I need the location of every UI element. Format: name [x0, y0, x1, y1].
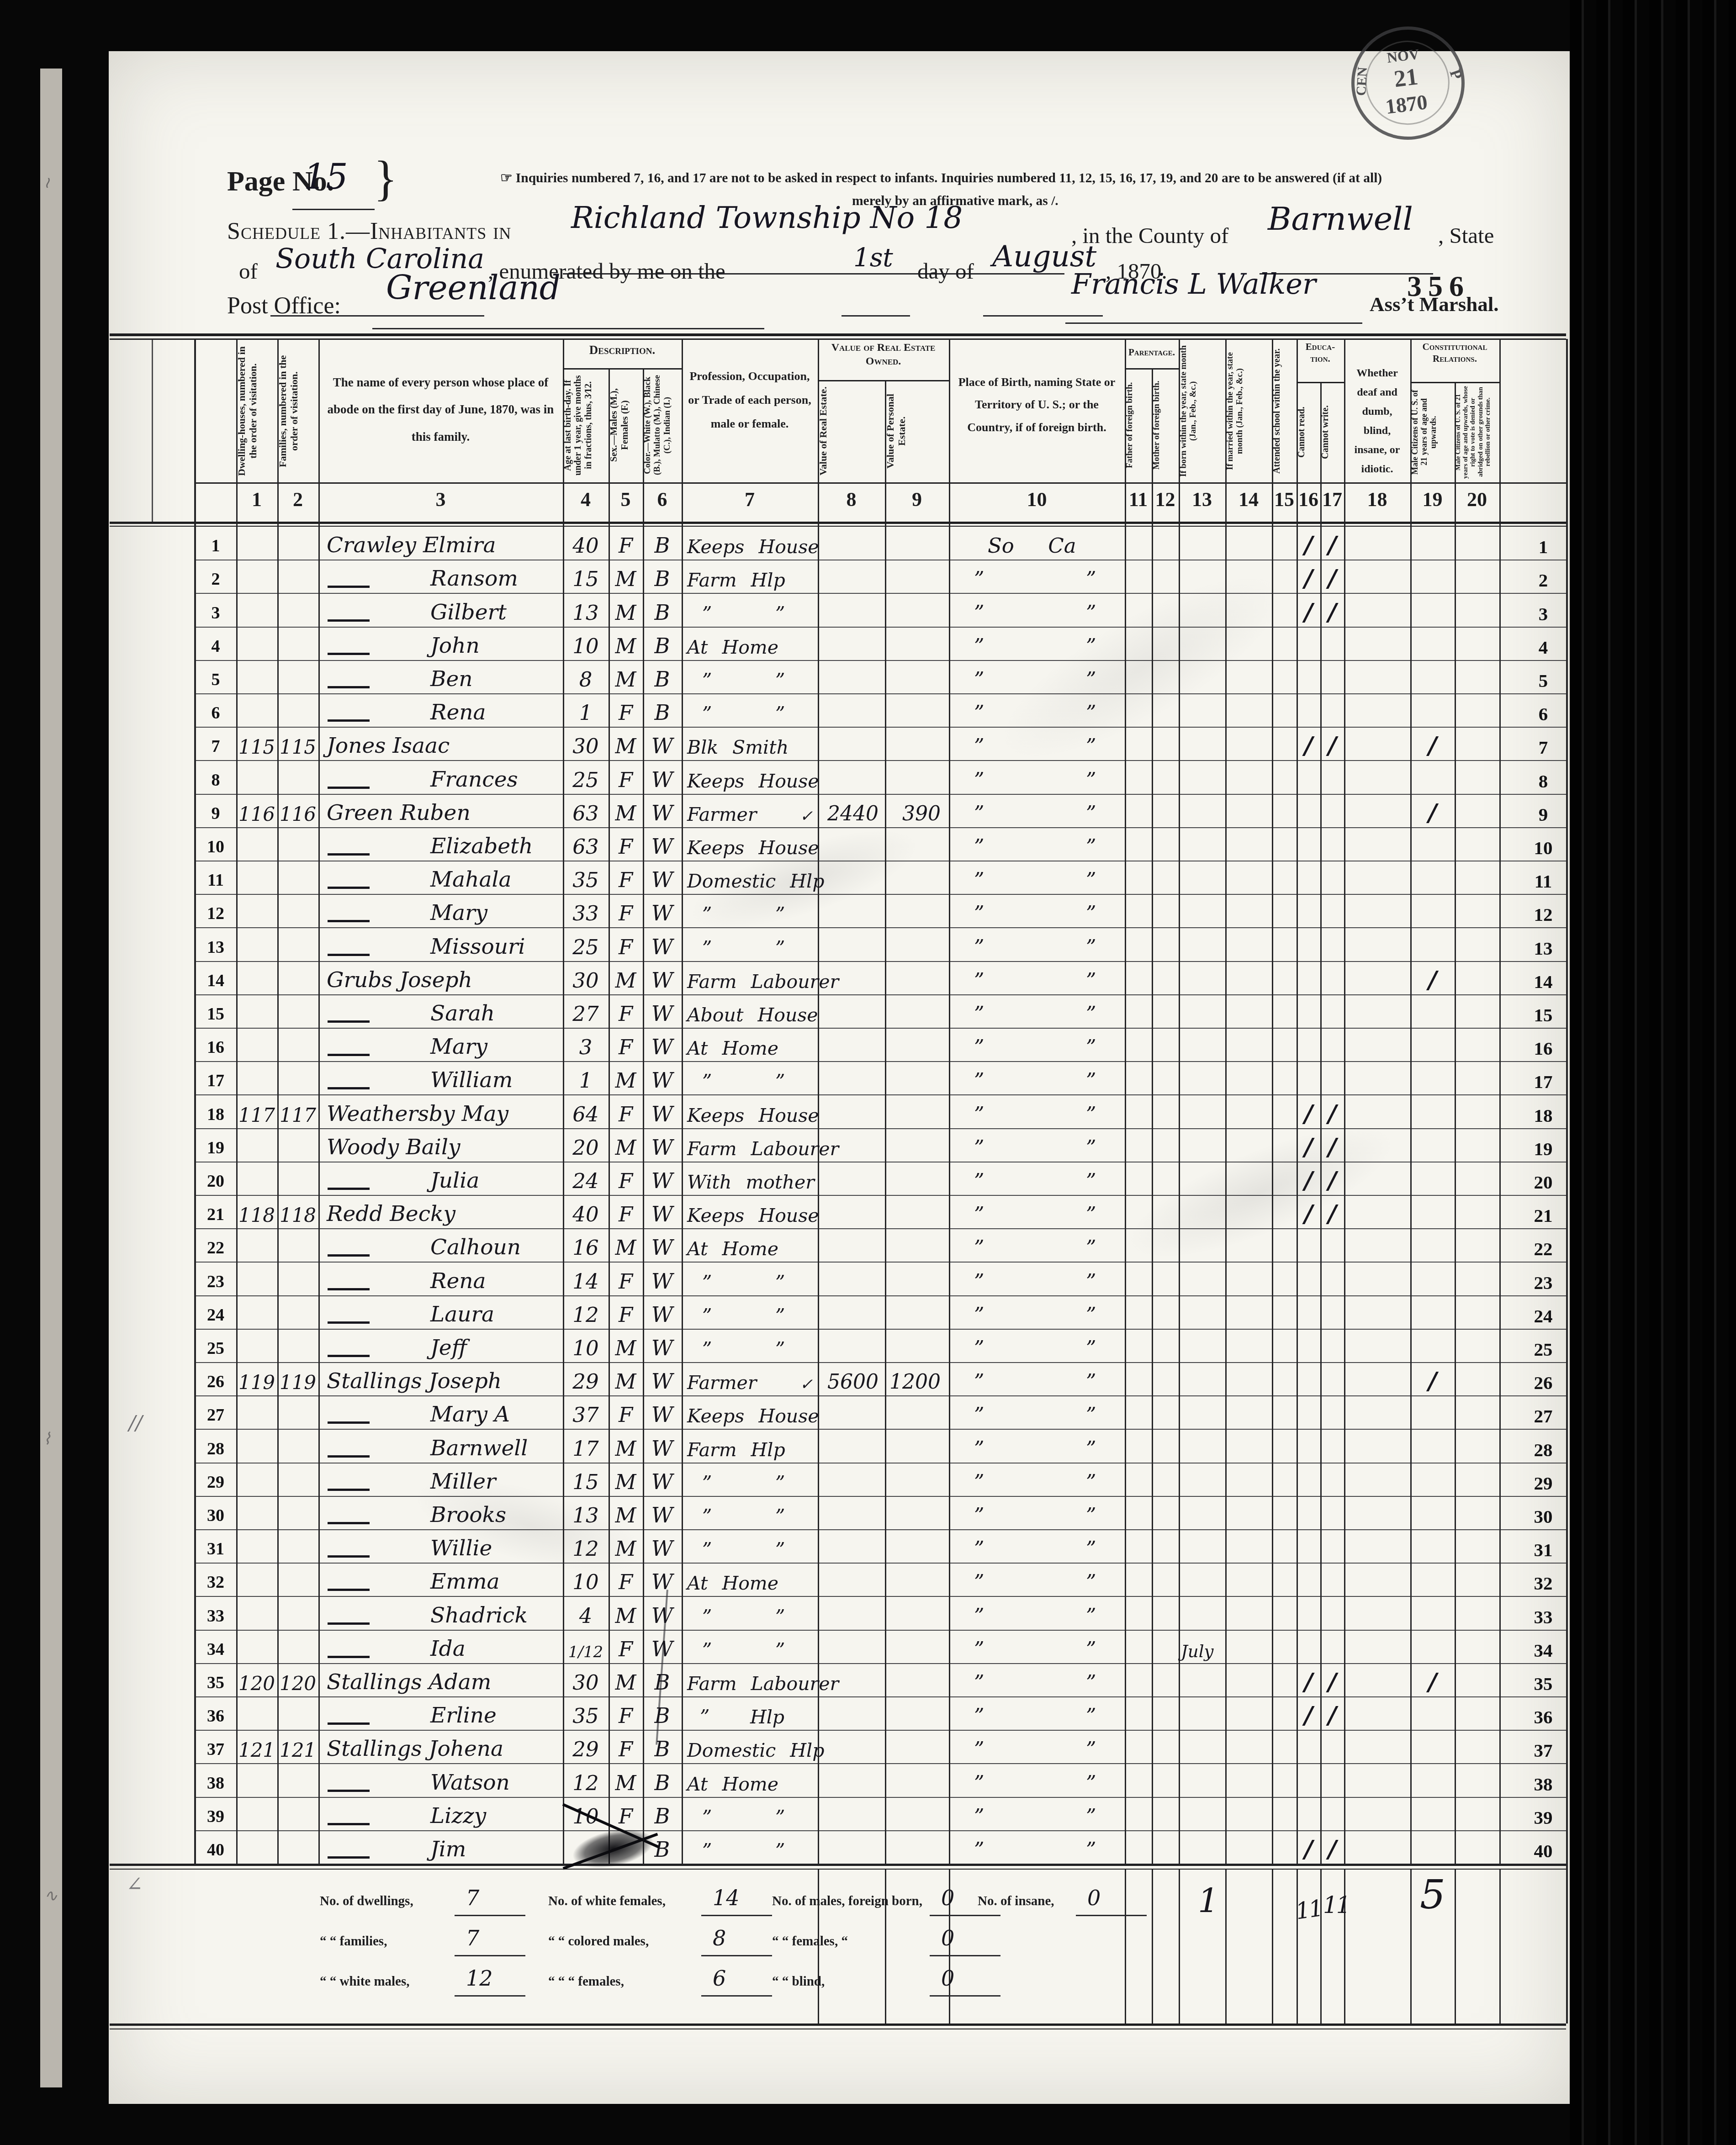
row-35-cannot-read-tick: /	[1298, 1668, 1318, 1696]
row-10-occupation: Keeps House	[687, 831, 815, 859]
row-10-name: Elizabeth	[430, 831, 558, 859]
row-26-real-estate: 5600	[821, 1366, 879, 1394]
row-40-birthplace-ditto: ”	[1086, 1834, 1109, 1862]
row-37-name: Stallings Johena	[327, 1734, 558, 1761]
date-stamp-left-text: CEN	[1354, 67, 1371, 96]
row-18-lineno-left: 18	[198, 1104, 233, 1125]
rule-line	[930, 1995, 1000, 1997]
rule-line	[818, 380, 949, 381]
row-37-sex: F	[609, 1734, 643, 1761]
row-15-sex: F	[609, 999, 643, 1026]
row-30-age: 13	[563, 1500, 609, 1527]
row-7-cannot-read-tick: /	[1298, 732, 1318, 760]
footer-stat-label: No. of insane,	[978, 1894, 1054, 1909]
row-11-birthplace-ditto: ”	[974, 865, 997, 892]
row-28-sex: M	[609, 1433, 643, 1461]
row-36-name: Erline	[430, 1701, 558, 1728]
rule-line	[194, 1395, 1566, 1396]
row-7-dwelling: 115	[236, 731, 277, 758]
row-9-name: Green Ruben	[327, 798, 558, 825]
row-32-lineno-right: 32	[1524, 1572, 1562, 1594]
row-20-lineno-right: 20	[1524, 1171, 1562, 1193]
row-5-occupation-ditto: ”	[702, 664, 725, 692]
rule-line	[930, 1915, 1000, 1916]
row-23-occupation-ditto: ”	[702, 1266, 725, 1294]
row-28-birthplace-ditto: ”	[1086, 1433, 1109, 1461]
row-25-lineno-left: 25	[198, 1338, 233, 1358]
row-15-occupation: About House	[687, 999, 815, 1026]
row-40-cannot-write-tick: /	[1322, 1835, 1342, 1863]
row-5-lineno-right: 5	[1524, 670, 1562, 692]
col-15-number: 15	[1272, 488, 1297, 511]
row-9-lineno-right: 9	[1524, 803, 1562, 825]
row-33-surname-ditto-dash	[328, 1622, 370, 1625]
footer-stat-value: 0	[1087, 1886, 1101, 1910]
row-25-surname-ditto-dash	[328, 1355, 370, 1357]
row-22-surname-ditto-dash	[328, 1254, 370, 1257]
rule-line	[194, 1295, 1566, 1296]
row-34-name: Ida	[430, 1634, 558, 1661]
row-5-surname-ditto-dash	[328, 686, 370, 688]
row-11-surname-ditto-dash	[328, 887, 370, 889]
row-17-color: W	[643, 1065, 682, 1093]
row-39-surname-ditto-dash	[328, 1823, 370, 1825]
row-4-lineno-right: 4	[1524, 636, 1562, 658]
column-line	[1125, 1870, 1126, 2023]
row-21-name: Redd Becky	[327, 1199, 558, 1226]
col-8-header: Value of Real Estate.	[818, 384, 885, 479]
row-35-color: B	[643, 1667, 682, 1695]
col-2-number: 2	[277, 488, 318, 511]
column-line	[1499, 1870, 1501, 2023]
footer-stat-label: “ “ colored males,	[548, 1934, 649, 1949]
row-10-color: W	[643, 831, 682, 859]
row-9-family: 116	[277, 798, 318, 825]
row-29-color: W	[643, 1467, 682, 1494]
row-5-color: B	[643, 664, 682, 692]
row-21-occupation: Keeps House	[687, 1199, 815, 1226]
row-13-name: Missouri	[430, 932, 558, 959]
column-line	[1225, 1870, 1227, 2023]
rule-line	[194, 1696, 1566, 1697]
row-36-occupation-ditto: ”	[700, 1701, 723, 1728]
row-14-lineno-right: 14	[1524, 971, 1562, 993]
post-office-underline	[372, 328, 764, 329]
rule-line	[194, 1061, 1566, 1062]
row-23-sex: F	[609, 1266, 643, 1294]
row-18-lineno-right: 18	[1524, 1104, 1562, 1126]
col-16-number: 16	[1297, 488, 1320, 511]
row-8-lineno-left: 8	[198, 770, 233, 790]
row-38-surname-ditto-dash	[328, 1790, 370, 1792]
row-19-age: 20	[563, 1132, 609, 1160]
row-22-name: Calhoun	[430, 1232, 558, 1260]
row-20-sex: F	[609, 1166, 643, 1193]
row-40-name: Jim	[430, 1834, 558, 1862]
row-34-occupation-ditto: ”	[775, 1634, 798, 1661]
row-24-name: Laura	[430, 1300, 558, 1327]
row-14-occupation: Farm Labourer	[687, 965, 815, 993]
rule-line	[194, 1830, 1566, 1831]
row-26-tally-check: ✓	[797, 1366, 815, 1394]
row-39-color: B	[643, 1801, 682, 1828]
col-19-number: 19	[1410, 488, 1455, 511]
rule-line	[194, 727, 1566, 728]
col-18-number: 18	[1344, 488, 1410, 511]
row-1-cannot-write-tick: /	[1322, 531, 1342, 559]
row-32-birthplace-ditto: ”	[1086, 1567, 1109, 1594]
col-1-header: Dwelling-houses, numbered in the order o…	[236, 343, 277, 479]
row-7-cannot-write-tick: /	[1322, 732, 1342, 760]
footer-stat-label: “ “ families,	[320, 1934, 387, 1949]
col-10-header: Place of Birth, naming State or Territor…	[953, 371, 1120, 439]
row-16-lineno-right: 16	[1524, 1037, 1562, 1059]
rule-line	[1125, 368, 1179, 370]
margin-mark: ⌇	[43, 1430, 51, 1448]
row-26-sex: M	[609, 1366, 643, 1394]
footer-stat-value: 7	[466, 1886, 479, 1910]
row-12-birthplace-ditto: ”	[1086, 898, 1109, 925]
row-16-birthplace-ditto: ”	[974, 1032, 997, 1059]
rule-line	[194, 1362, 1566, 1363]
footer-stat-value: 8	[713, 1926, 726, 1950]
footer-stat-value: 14	[713, 1886, 740, 1910]
row-21-color: W	[643, 1199, 682, 1226]
census-page-scan: Page No. 15 } ☞ Inquiries numbered 7, 16…	[0, 0, 1736, 2145]
row-14-name: Grubs Joseph	[327, 965, 558, 993]
row-17-lineno-left: 17	[198, 1071, 233, 1091]
column-line	[818, 339, 819, 1864]
row-37-lineno-left: 37	[198, 1739, 233, 1759]
row-35-birthplace-ditto: ”	[974, 1667, 997, 1695]
rule-line	[110, 333, 1566, 336]
row-21-age: 40	[563, 1199, 609, 1226]
marshal-value: Francis L Walker	[1071, 267, 1316, 301]
row-3-occupation-ditto: ”	[775, 597, 798, 625]
row-23-lineno-left: 23	[198, 1272, 233, 1292]
row-6-color: B	[643, 697, 682, 725]
row-6-occupation-ditto: ”	[702, 697, 725, 725]
column-line	[682, 339, 683, 1864]
column-line	[1152, 1870, 1153, 2023]
rule-line	[563, 368, 682, 370]
row-2-birthplace-ditto: ”	[974, 564, 997, 591]
row-27-color: W	[643, 1400, 682, 1427]
row-8-surname-ditto-dash	[328, 787, 370, 789]
row-7-age: 30	[563, 731, 609, 758]
row-6-name: Rena	[430, 697, 558, 725]
row-36-cannot-read-tick: /	[1298, 1701, 1318, 1729]
row-24-lineno-right: 24	[1524, 1305, 1562, 1327]
row-31-occupation-ditto: ”	[775, 1533, 798, 1561]
row-9-sex: M	[609, 798, 643, 825]
rule-line	[194, 994, 1566, 995]
row-4-name: John	[430, 631, 558, 658]
col-5-header: Sex.—Males (M.), Females (F.)	[609, 372, 643, 479]
row-3-birthplace-ditto: ”	[974, 597, 997, 625]
row-7-lineno-left: 7	[198, 736, 233, 756]
row-8-occupation: Keeps House	[687, 765, 815, 792]
row-34-occupation-ditto: ”	[702, 1634, 725, 1661]
row-23-birthplace-ditto: ”	[1086, 1266, 1109, 1294]
row-10-lineno-right: 10	[1524, 837, 1562, 859]
row-12-sex: F	[609, 898, 643, 925]
rule-line	[194, 693, 1566, 694]
row-36-occupation: Hlp	[750, 1701, 815, 1728]
row-16-age: 3	[563, 1032, 609, 1059]
row-16-lineno-left: 16	[198, 1037, 233, 1057]
row-13-surname-ditto-dash	[328, 954, 370, 956]
column-line	[949, 339, 950, 1864]
row-5-age: 8	[563, 664, 609, 692]
row-35-male-citizen-tick: /	[1423, 1668, 1443, 1696]
row-15-color: W	[643, 999, 682, 1026]
row-31-color: W	[643, 1533, 682, 1561]
row-8-lineno-right: 8	[1524, 770, 1562, 792]
row-30-lineno-right: 30	[1524, 1506, 1562, 1527]
row-40-cannot-read-tick: /	[1298, 1835, 1318, 1863]
row-18-age: 64	[563, 1099, 609, 1126]
row-11-occupation: Domestic Hlp	[687, 865, 815, 892]
row-8-birthplace-ditto: ”	[974, 765, 997, 792]
total-born-within-year: 1	[1198, 1882, 1219, 1920]
row-12-lineno-right: 12	[1524, 903, 1562, 925]
row-23-surname-ditto-dash	[328, 1288, 370, 1290]
row-10-sex: F	[609, 831, 643, 859]
row-23-color: W	[643, 1266, 682, 1294]
row-30-name: Brooks	[430, 1500, 558, 1527]
row-34-birthplace-ditto: ”	[1086, 1634, 1109, 1661]
rule-line	[194, 1529, 1566, 1530]
row-22-lineno-right: 22	[1524, 1238, 1562, 1260]
row-22-age: 16	[563, 1232, 609, 1260]
row-29-lineno-left: 29	[198, 1472, 233, 1492]
row-9-real-estate: 2440	[821, 798, 879, 825]
row-21-lineno-left: 21	[198, 1205, 233, 1225]
row-27-birthplace-ditto: ”	[1086, 1400, 1109, 1427]
row-26-age: 29	[563, 1366, 609, 1394]
row-25-occupation-ditto: ”	[702, 1333, 725, 1360]
row-10-birthplace-ditto: ”	[1086, 831, 1109, 859]
col-13-number: 13	[1179, 488, 1225, 511]
row-34-birthplace-ditto: ”	[974, 1634, 997, 1661]
row-30-lineno-left: 30	[198, 1506, 233, 1526]
row-19-birthplace-ditto: ”	[1086, 1132, 1109, 1160]
post-office-value: Greenland	[386, 269, 561, 307]
row-14-birthplace-ditto: ”	[974, 965, 997, 993]
row-16-occupation: At Home	[687, 1032, 815, 1059]
row-30-occupation-ditto: ”	[702, 1500, 725, 1527]
col-13-header: If born within the year, state month (Ja…	[1179, 343, 1225, 479]
row-26-color: W	[643, 1366, 682, 1394]
row-17-surname-ditto-dash	[328, 1087, 370, 1089]
row-4-sex: M	[609, 631, 643, 658]
row-11-sex: F	[609, 865, 643, 892]
row-34-born-month: July	[1181, 1634, 1244, 1661]
row-30-birthplace-ditto: ”	[1086, 1500, 1109, 1527]
rule-line	[194, 1864, 1566, 1865]
row-10-birthplace-ditto: ”	[974, 831, 997, 859]
row-31-name: Willie	[430, 1533, 558, 1561]
row-38-birthplace-ditto: ”	[974, 1768, 997, 1795]
row-27-surname-ditto-dash	[328, 1421, 370, 1424]
row-38-lineno-right: 38	[1524, 1773, 1562, 1795]
col-12-header: Mother of foreign birth.	[1152, 372, 1179, 479]
footer-stat-label: No. of males, foreign born,	[772, 1894, 922, 1909]
rule-line	[194, 927, 1566, 928]
row-3-occupation-ditto: ”	[702, 597, 725, 625]
row-27-sex: F	[609, 1400, 643, 1427]
row-33-occupation-ditto: ”	[702, 1601, 725, 1628]
row-7-name: Jones Isaac	[327, 731, 558, 758]
row-17-occupation-ditto: ”	[775, 1065, 798, 1093]
row-7-male-citizen-tick: /	[1423, 732, 1443, 760]
column-line	[885, 1870, 886, 2023]
rule-line	[194, 1663, 1566, 1664]
brace: }	[374, 151, 397, 207]
row-13-color: W	[643, 932, 682, 959]
column-line	[1320, 1870, 1322, 2023]
row-1-birthplace: So Ca	[988, 530, 1100, 558]
row-6-sex: F	[609, 697, 643, 725]
row-18-sex: F	[609, 1099, 643, 1126]
rule-line	[194, 482, 1566, 484]
row-3-sex: M	[609, 597, 643, 625]
footer-stat-label: No. of white females,	[548, 1894, 666, 1909]
row-19-name: Woody Baily	[327, 1132, 558, 1160]
row-30-sex: M	[609, 1500, 643, 1527]
row-40-lineno-left: 40	[198, 1840, 233, 1860]
row-5-lineno-left: 5	[198, 670, 233, 690]
row-39-birthplace-ditto: ”	[1086, 1801, 1109, 1828]
row-23-lineno-right: 23	[1524, 1272, 1562, 1294]
row-34-lineno-left: 34	[198, 1639, 233, 1659]
row-14-lineno-left: 14	[198, 971, 233, 991]
column-line	[1344, 339, 1345, 1864]
rule-line	[110, 522, 1566, 524]
row-9-birthplace-ditto: ”	[974, 798, 997, 825]
row-6-age: 1	[563, 697, 609, 725]
row-37-age: 29	[563, 1734, 609, 1761]
row-36-cannot-write-tick: /	[1322, 1701, 1342, 1729]
row-31-lineno-left: 31	[198, 1539, 233, 1559]
row-17-birthplace-ditto: ”	[1086, 1065, 1109, 1093]
col-16-header: Cannot read.	[1297, 386, 1320, 479]
col-10-number: 10	[949, 488, 1125, 511]
col-11-header: Father of foreign birth.	[1125, 372, 1152, 479]
row-3-surname-ditto-dash	[328, 619, 370, 622]
column-line	[1125, 339, 1126, 1864]
row-7-family: 115	[277, 731, 318, 758]
row-5-birthplace-ditto: ”	[974, 664, 997, 692]
row-20-cannot-write-tick: /	[1322, 1167, 1342, 1194]
row-14-male-citizen-tick: /	[1423, 966, 1443, 994]
column-line	[1272, 1870, 1273, 2023]
row-13-birthplace-ditto: ”	[1086, 932, 1109, 959]
row-2-color: B	[643, 564, 682, 591]
row-21-sex: F	[609, 1199, 643, 1226]
column-line	[152, 339, 153, 522]
row-19-lineno-left: 19	[198, 1138, 233, 1158]
row-8-sex: F	[609, 765, 643, 792]
row-26-birthplace-ditto: ”	[1086, 1366, 1109, 1394]
row-9-personal-estate: 390	[889, 798, 941, 825]
row-5-sex: M	[609, 664, 643, 692]
day-value: 1st	[853, 243, 893, 273]
page-no-value: 15	[304, 156, 348, 197]
row-2-occupation: Farm Hlp	[687, 564, 815, 591]
row-27-name: Mary A	[430, 1400, 558, 1427]
month-underline	[983, 315, 1103, 317]
row-21-dwelling: 118	[236, 1199, 277, 1226]
row-38-sex: M	[609, 1768, 643, 1795]
row-13-age: 25	[563, 932, 609, 959]
row-11-color: W	[643, 865, 682, 892]
row-1-occupation: Keeps House	[687, 530, 815, 558]
footer-stat-label: “ “ females, “	[772, 1934, 848, 1949]
rule-line	[194, 1596, 1566, 1597]
row-19-lineno-right: 19	[1524, 1138, 1562, 1160]
column-line	[1152, 368, 1153, 1864]
row-3-birthplace-ditto: ”	[1086, 597, 1109, 625]
row-25-age: 10	[563, 1333, 609, 1360]
row-25-lineno-right: 25	[1524, 1338, 1562, 1360]
column-line	[1297, 1870, 1298, 2023]
rule-line	[110, 2029, 1566, 2029]
row-22-occupation: At Home	[687, 1232, 815, 1260]
row-21-lineno-right: 21	[1524, 1205, 1562, 1226]
rule-line	[110, 338, 1566, 340]
right-scan-edge	[1570, 0, 1736, 2145]
row-35-dwelling: 120	[236, 1667, 277, 1695]
row-34-lineno-right: 34	[1524, 1639, 1562, 1661]
row-16-birthplace-ditto: ”	[1086, 1032, 1109, 1059]
row-2-sex: M	[609, 564, 643, 591]
row-4-lineno-left: 4	[198, 636, 233, 656]
row-36-lineno-left: 36	[198, 1706, 233, 1726]
row-35-sex: M	[609, 1667, 643, 1695]
row-7-sex: M	[609, 731, 643, 758]
column-line	[1410, 1870, 1412, 2023]
row-32-age: 10	[563, 1567, 609, 1594]
row-34-sex: F	[609, 1634, 643, 1661]
row-6-surname-ditto-dash	[328, 719, 370, 722]
row-12-lineno-left: 12	[198, 903, 233, 924]
row-36-color: B	[643, 1701, 682, 1728]
row-38-occupation: At Home	[687, 1768, 815, 1795]
row-1-name: Crawley Elmira	[327, 530, 558, 558]
row-13-sex: F	[609, 932, 643, 959]
row-25-birthplace-ditto: ”	[1086, 1333, 1109, 1360]
row-29-age: 15	[563, 1467, 609, 1494]
rule-line	[455, 1995, 525, 1997]
row-35-name: Stallings Adam	[327, 1667, 558, 1695]
row-6-birthplace-ditto: ”	[974, 697, 997, 725]
row-39-lineno-right: 39	[1524, 1807, 1562, 1828]
row-34-age: 1/12	[563, 1634, 609, 1661]
rule-line	[194, 1329, 1566, 1330]
row-37-dwelling: 121	[236, 1734, 277, 1761]
row-36-lineno-right: 36	[1524, 1706, 1562, 1728]
row-37-birthplace-ditto: ”	[974, 1734, 997, 1761]
col-20-header: Male Citizens of U. S. of 21 years of ag…	[1455, 386, 1499, 479]
col-6-number: 6	[643, 488, 682, 511]
row-24-age: 12	[563, 1300, 609, 1327]
row-21-birthplace-ditto: ”	[1086, 1199, 1109, 1226]
rule-line	[194, 1028, 1566, 1029]
row-28-occupation: Farm Hlp	[687, 1433, 815, 1461]
row-27-lineno-left: 27	[198, 1405, 233, 1425]
